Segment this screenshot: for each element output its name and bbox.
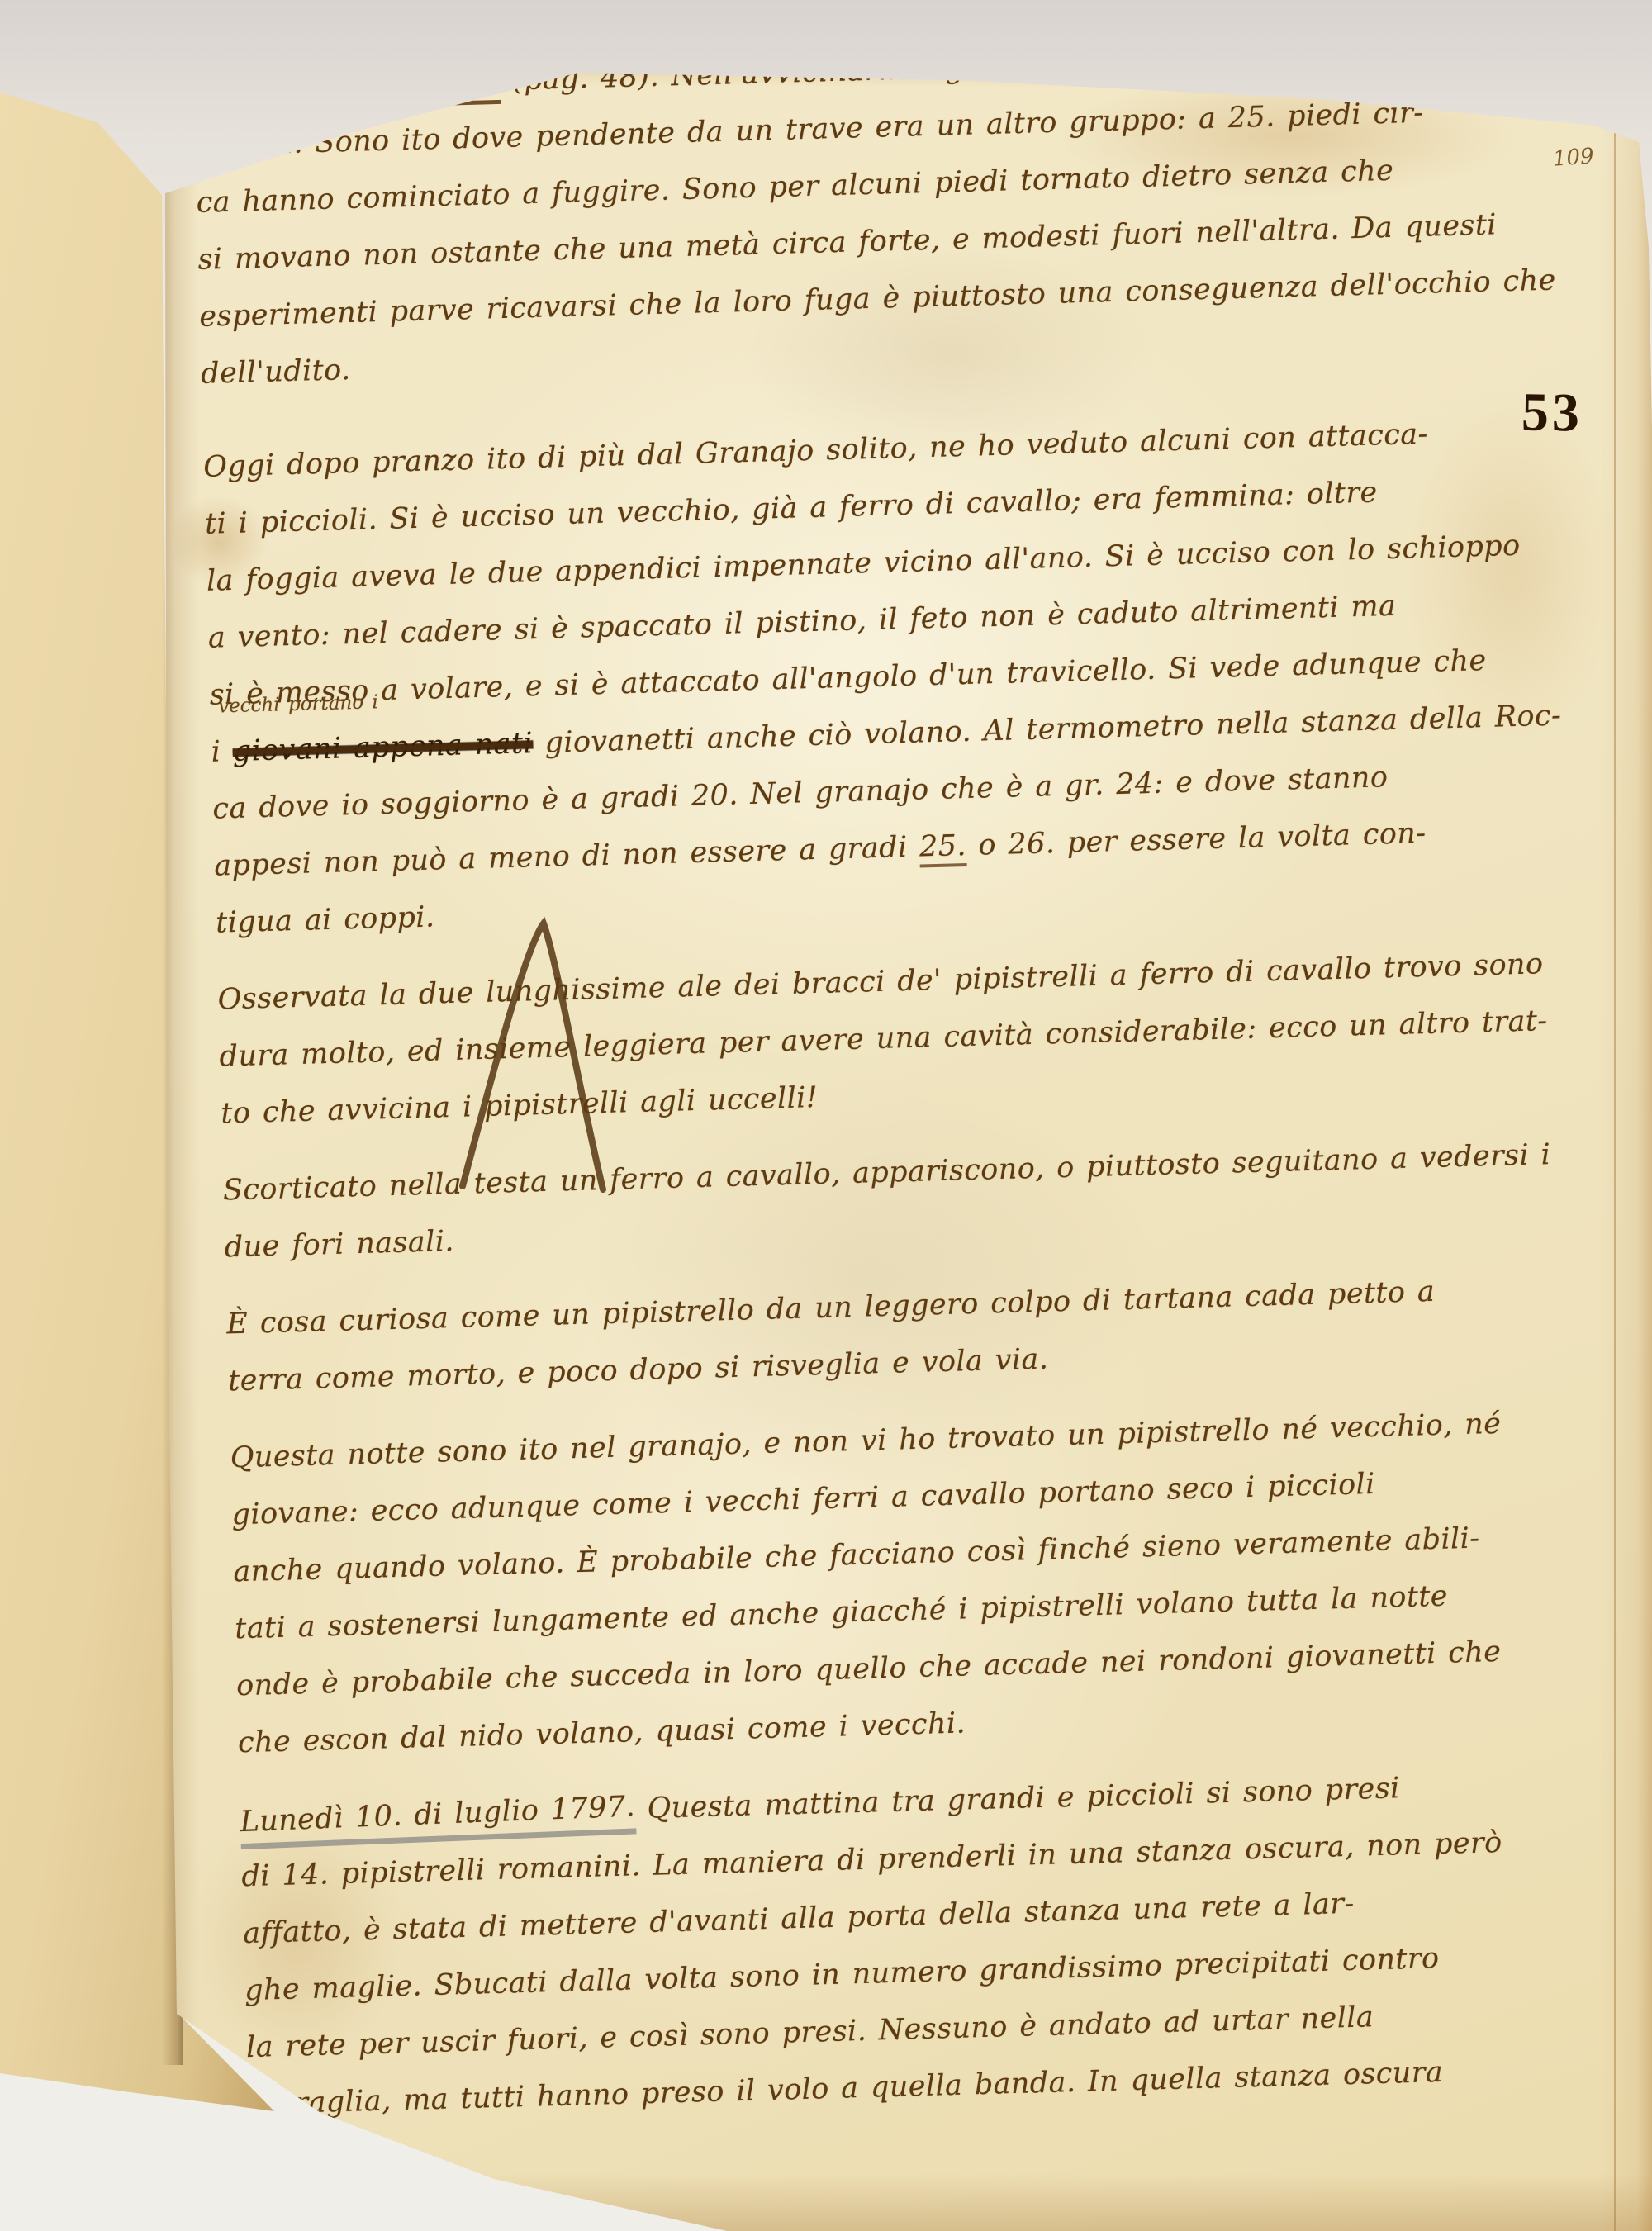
line-text: i bbox=[211, 735, 233, 769]
line-text: Questa mattina tra grandi e piccioli si … bbox=[635, 1772, 1401, 1825]
struck-text: giovani appena nati bbox=[232, 727, 533, 768]
manuscript-photograph: 108 109 53 con veruna certezza (pag. 48)… bbox=[0, 0, 1652, 2231]
folio-number-left: 108 bbox=[124, 107, 162, 133]
line-text: appesi non può a meno di non essere a gr… bbox=[214, 831, 920, 883]
underlined-text: con veruna certezza bbox=[192, 64, 501, 112]
manuscript-page: 108 109 53 con veruna certezza (pag. 48)… bbox=[0, 0, 1652, 2231]
interlinear-insertion: vecchi portano i bbox=[218, 693, 378, 716]
line-text: ne sono bbox=[1196, 42, 1327, 78]
line-text: (pag. 48). Nell'avvicinarmi agli altri bbox=[500, 49, 1070, 97]
handwritten-text: con veruna certezza (pag. 48). Nell'avvi… bbox=[192, 23, 1652, 2134]
underlined-text: 25. bbox=[919, 829, 966, 868]
struck-text: se ne so bbox=[1070, 45, 1196, 82]
line-text: o 26. per essere la volta con- bbox=[966, 817, 1427, 862]
